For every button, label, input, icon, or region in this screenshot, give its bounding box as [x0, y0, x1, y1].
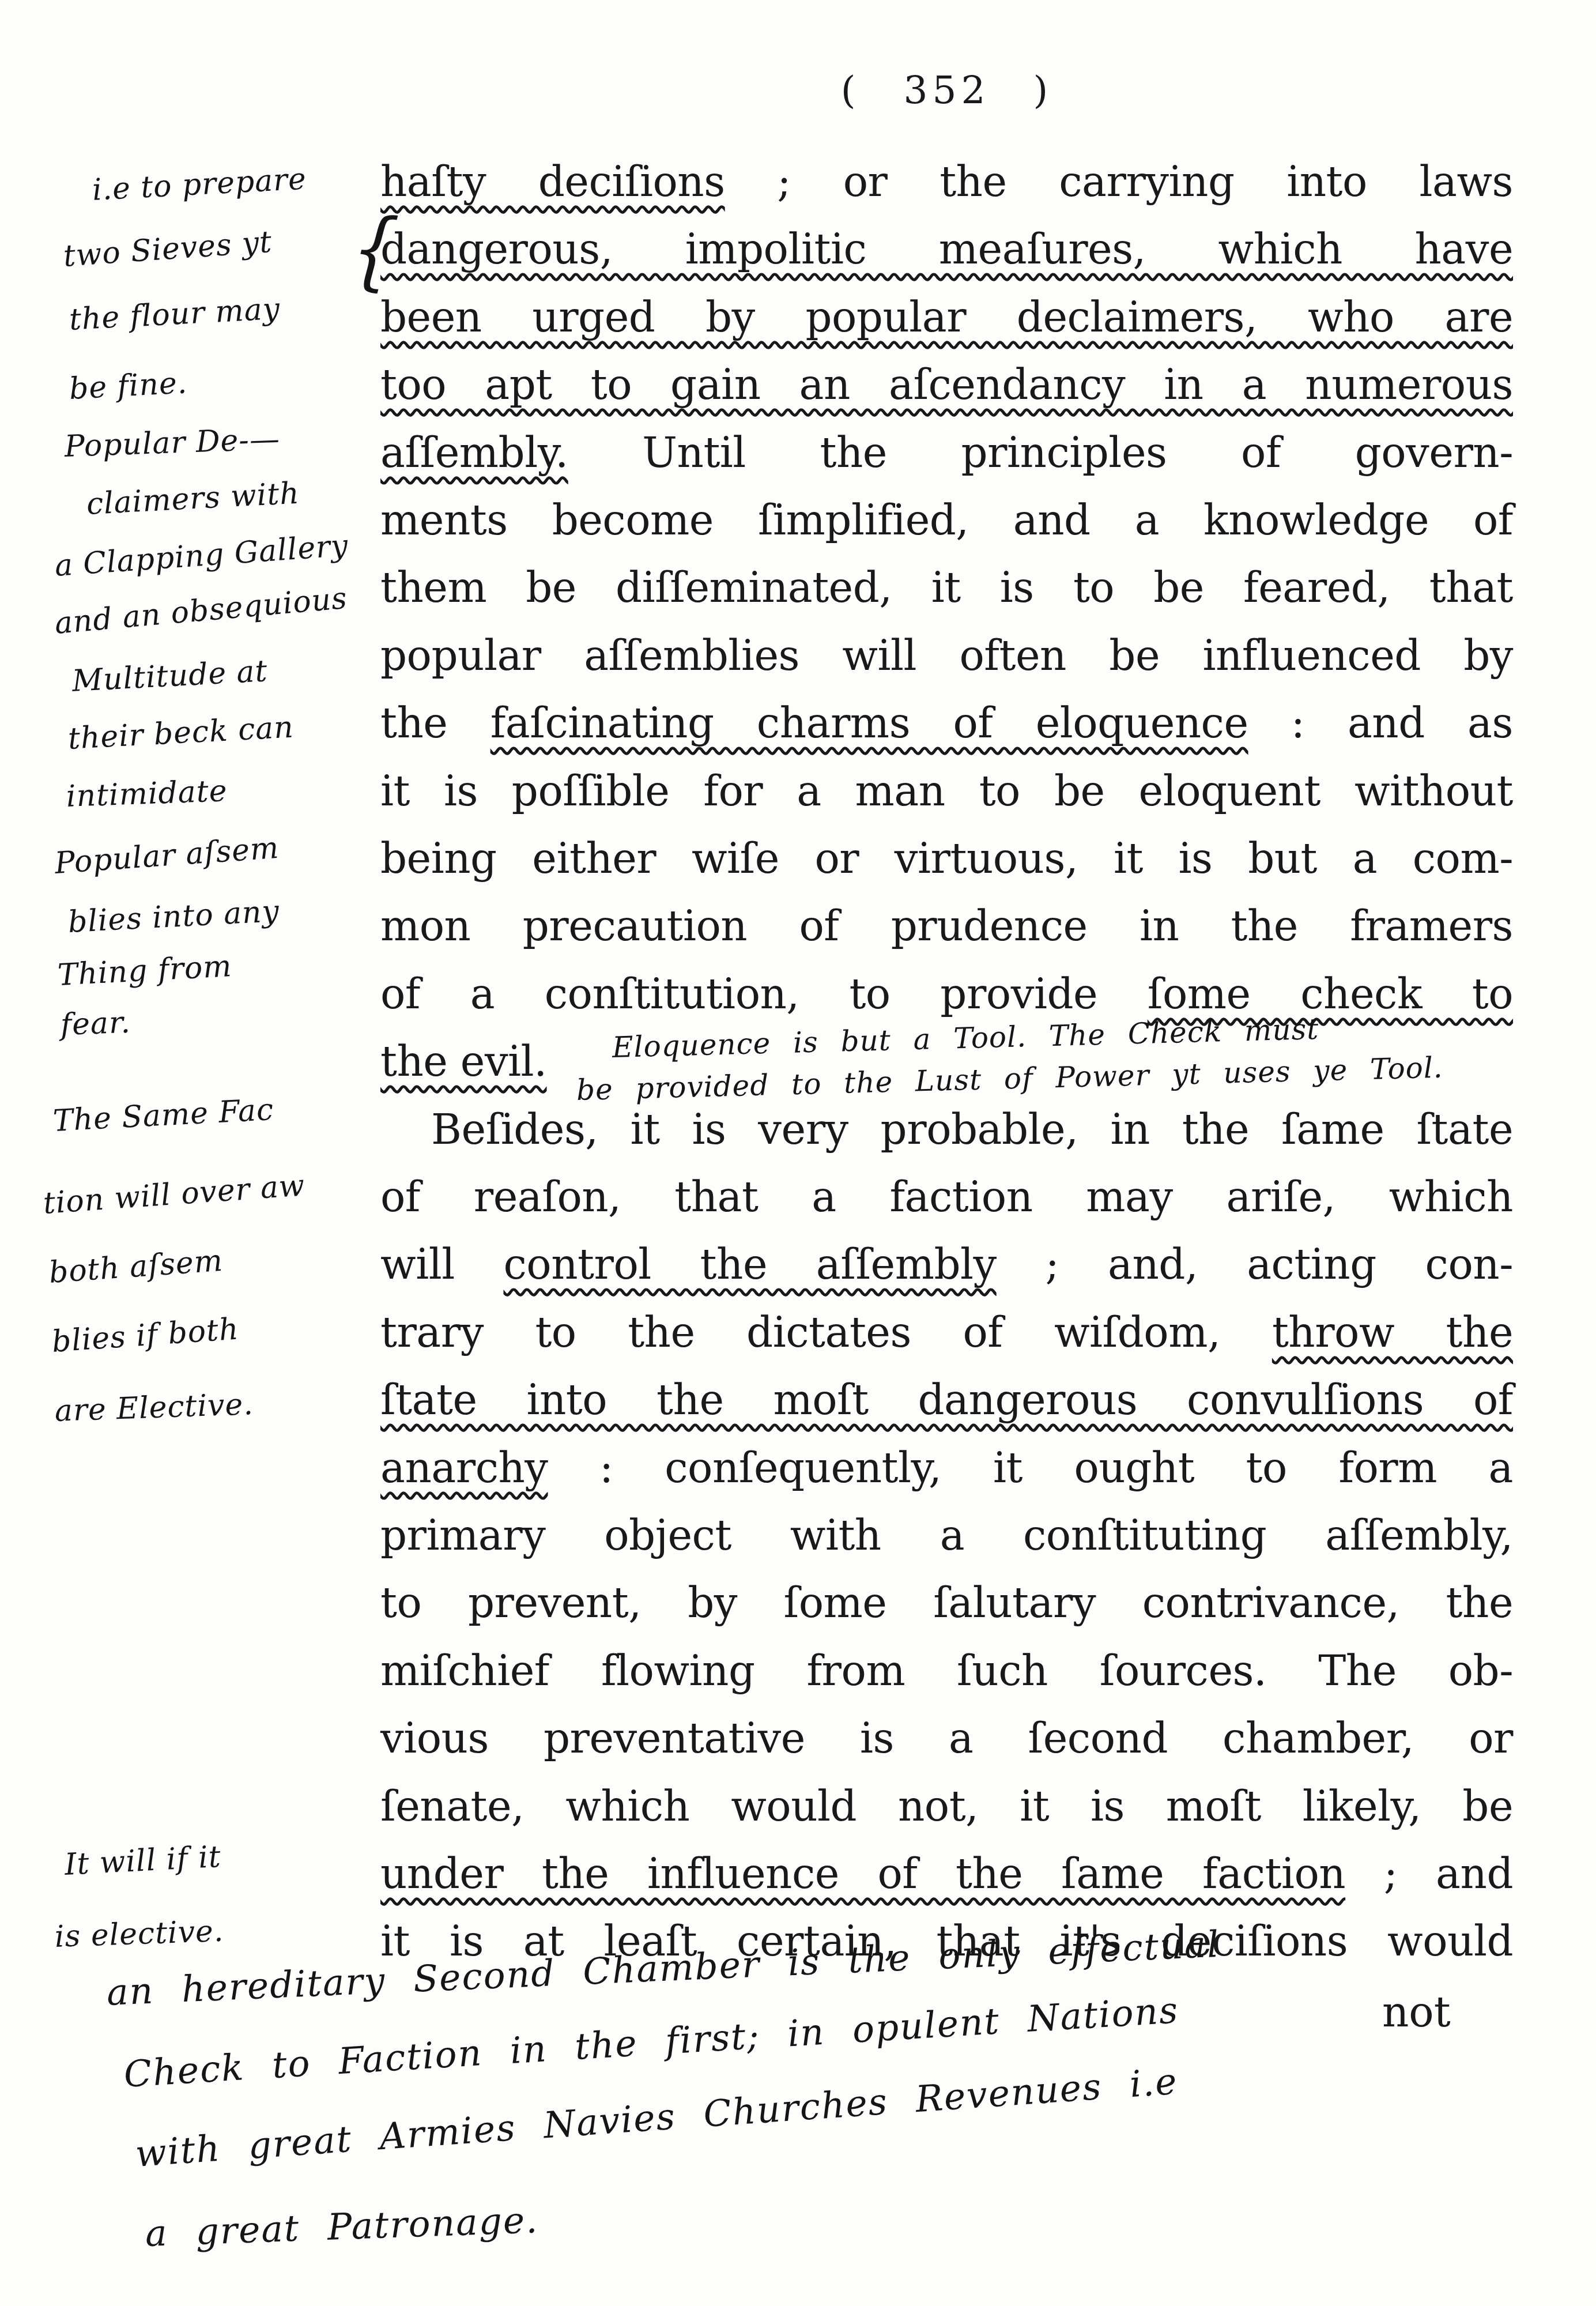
margin-note: is elective.: [54, 1914, 224, 1954]
printed-line: miſchief flowing from ſuch ſources. The …: [380, 1649, 1513, 1693]
printed-text: miſchief flowing from ſuch ſources. The …: [380, 1646, 1513, 1695]
margin-note: tion will over aw: [42, 1168, 306, 1221]
underlined-text: haſty deciſions: [380, 157, 725, 206]
margin-note: It will if it: [63, 1840, 222, 1882]
underlined-text: throw the: [1272, 1308, 1513, 1357]
printed-line: to prevent, by ſome ſalutary contrivance…: [380, 1581, 1513, 1625]
printed-line: popular aſſemblies will often be influen…: [380, 634, 1513, 678]
book-page-scan: ( 352 ) haſty deciſions ; or the carryin…: [0, 0, 1596, 2306]
printed-text: of a conſtitution, to provide: [380, 970, 1148, 1018]
margin-note: a Clapping Gallery: [54, 528, 349, 583]
printed-line: ments become ſimplified, and a knowledge…: [380, 499, 1513, 542]
page-number: ( 352 ): [380, 68, 1513, 112]
margin-note: blies if both: [51, 1312, 240, 1359]
margin-note: and an obsequious: [53, 581, 349, 641]
underlined-text: control the aſſembly: [504, 1240, 997, 1288]
printed-line: will control the aſſembly ; and, acting …: [380, 1243, 1513, 1287]
printed-line: trary to the dictates of wiſdom, throw t…: [380, 1311, 1513, 1355]
printed-text: popular aſſemblies will often be influen…: [380, 631, 1513, 680]
printed-text: trary to the dictates of wiſdom,: [380, 1308, 1272, 1357]
underlined-text: the evil.: [380, 1037, 547, 1086]
printed-line: them be diſſeminated, it is to be feared…: [380, 566, 1513, 610]
printed-line: primary object with a conſtituting aſſem…: [380, 1514, 1513, 1558]
printed-line: Beſides, it is very probable, in the ſam…: [380, 1108, 1513, 1152]
printed-line: haſty deciſions ; or the carrying into l…: [380, 160, 1513, 204]
printed-line: the evil.: [380, 1040, 547, 1084]
printed-text: ; and, acting con-: [997, 1240, 1513, 1288]
printed-line: of reaſon, that a faction may ariſe, whi…: [380, 1175, 1513, 1219]
printed-text: ments become ſimplified, and a knowledge…: [380, 496, 1513, 544]
underlined-text: too apt to gain an aſcendancy in a numer…: [380, 360, 1513, 409]
underlined-text: been urged by popular declaimers, who ar…: [380, 293, 1513, 341]
printed-text: ; and: [1345, 1849, 1513, 1898]
printed-text: : and as: [1248, 699, 1513, 747]
printed-text: the: [380, 699, 491, 747]
margin-note: i.e to prepare: [91, 162, 307, 208]
margin-note: Popular De-—: [64, 422, 281, 464]
printed-line: anarchy : conſequently, it ought to form…: [380, 1446, 1513, 1490]
margin-note: intimidate: [66, 774, 228, 814]
printed-text: Beſides, it is very probable, in the ſam…: [431, 1105, 1513, 1154]
catchword: not: [1382, 1988, 1451, 2036]
printed-line: the faſcinating charms of eloquence : an…: [380, 702, 1513, 745]
printed-text: it is poſſible for a man to be eloquent …: [380, 767, 1513, 815]
margin-note: blies into any: [67, 894, 280, 940]
margin-note: Thing from: [56, 949, 233, 993]
margin-note: Multitude at: [71, 654, 268, 699]
printed-text: Until the principles of govern-: [568, 428, 1513, 477]
printed-line: too apt to gain an aſcendancy in a numer…: [380, 363, 1513, 407]
margin-note: their beck can: [67, 710, 295, 756]
margin-note: The Same Fac: [52, 1092, 274, 1139]
printed-text: being either wiſe or virtuous, it is but…: [380, 834, 1513, 883]
printed-line: mon precaution of prudence in the framer…: [380, 905, 1513, 948]
printed-text: will: [380, 1240, 504, 1288]
printed-text: : conſequently, it ought to form a: [548, 1444, 1513, 1492]
printed-line: been urged by popular declaimers, who ar…: [380, 296, 1513, 340]
margin-note: the flour may: [68, 292, 281, 337]
underlined-text: ſome check to: [1148, 970, 1513, 1018]
underlined-text: dangerous, impolitic meaſures, which hav…: [380, 225, 1513, 273]
printed-line: ſenate, which would not, it is moſt like…: [380, 1785, 1513, 1829]
printed-line: under the influence of the ſame faction …: [380, 1852, 1513, 1896]
underlined-text: anarchy: [380, 1444, 548, 1492]
printed-text: ſenate, which would not, it is moſt like…: [380, 1782, 1513, 1830]
margin-note: be fine.: [68, 366, 188, 406]
printed-line: aſſembly. Until the principles of govern…: [380, 431, 1513, 475]
underlined-text: aſſembly.: [380, 428, 568, 477]
printed-text: to prevent, by ſome ſalutary contrivance…: [380, 1578, 1513, 1627]
underlined-text: faſcinating charms of eloquence: [491, 699, 1248, 747]
margin-note: fear.: [60, 1005, 131, 1042]
underlined-text: ſtate into the moſt dangerous convulſion…: [380, 1376, 1513, 1424]
printed-text: mon precaution of prudence in the framer…: [380, 902, 1513, 950]
printed-text: vious preventative is a ſecond chamber, …: [380, 1714, 1513, 1762]
underlined-text: under the influence of the ſame faction: [380, 1849, 1345, 1898]
printed-line: ſtate into the moſt dangerous convulſion…: [380, 1378, 1513, 1422]
printed-line: vious preventative is a ſecond chamber, …: [380, 1717, 1513, 1761]
margin-note: two Sieves yt: [62, 225, 273, 274]
printed-text: them be diſſeminated, it is to be feared…: [380, 563, 1513, 612]
printed-line: it is poſſible for a man to be eloquent …: [380, 770, 1513, 813]
handwritten-brace: {: [348, 198, 402, 302]
bottom-annotation-line: a great Patronage.: [145, 2199, 539, 2255]
printed-text: primary object with a conſtituting aſſem…: [380, 1511, 1513, 1559]
printed-line: dangerous, impolitic meaſures, which hav…: [380, 228, 1513, 272]
margin-note: Popular aſsem: [54, 831, 280, 881]
margin-note: both aſsem: [48, 1244, 224, 1290]
printed-text: ; or the carrying into laws: [725, 157, 1513, 206]
printed-line: of a conſtitution, to provide ſome check…: [380, 973, 1513, 1016]
printed-line: being either wiſe or virtuous, it is but…: [380, 837, 1513, 881]
printed-text: of reaſon, that a faction may ariſe, whi…: [380, 1173, 1513, 1221]
margin-note: are Elective.: [54, 1387, 254, 1429]
margin-note: claimers with: [85, 476, 300, 522]
